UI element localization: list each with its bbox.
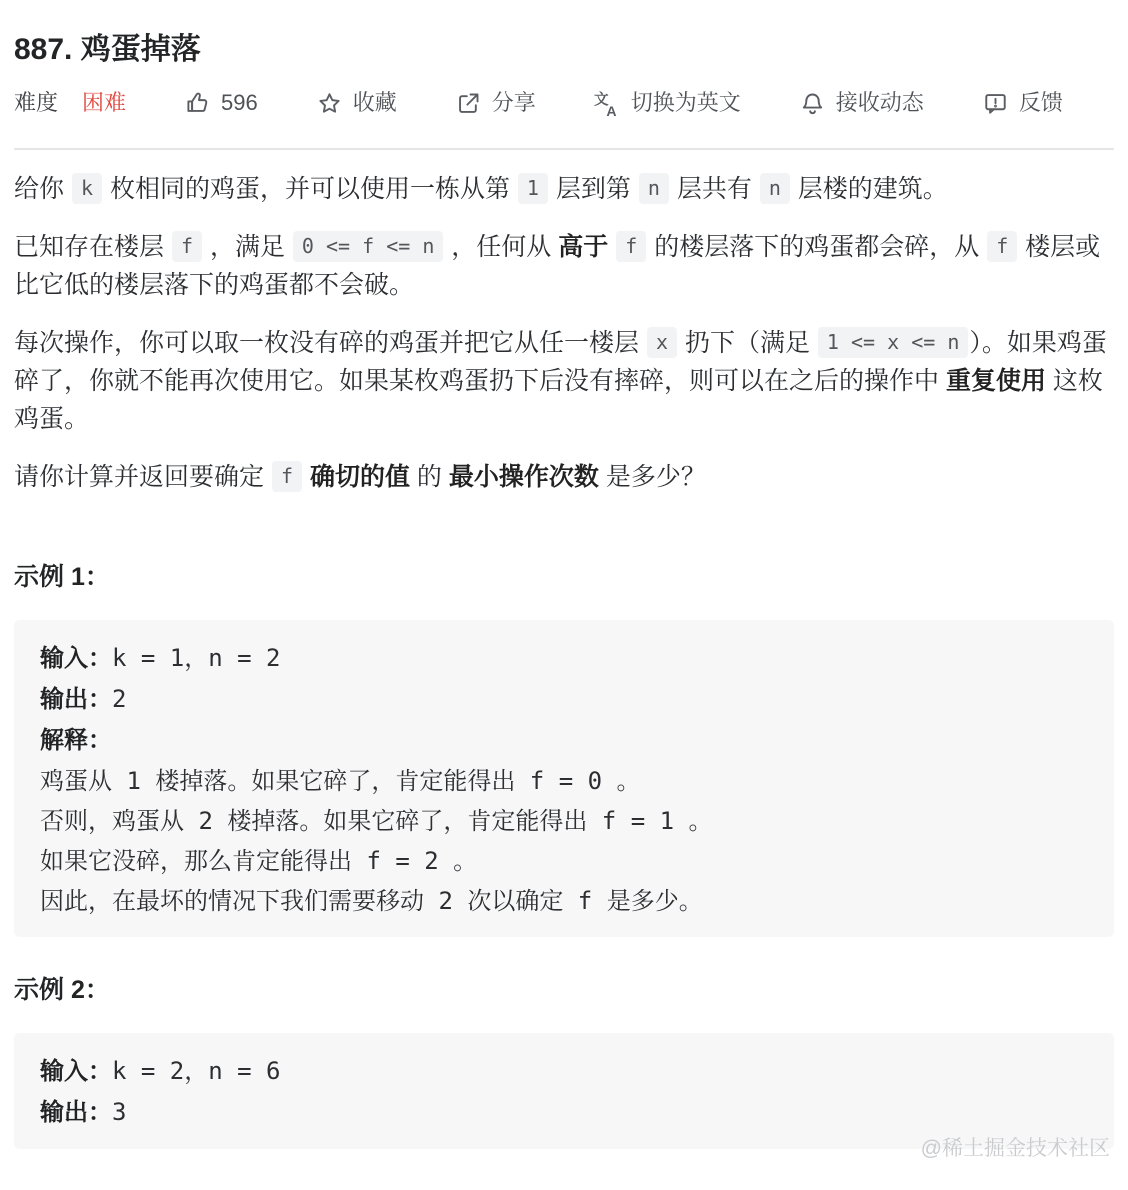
text-segment: 层到第 (549, 175, 638, 203)
example-2-heading: 示例 2： (14, 971, 1114, 1009)
io-line: 如果它没碎，那么肯定能得出 f = 2 。 (40, 841, 1088, 881)
text-segment: 请你计算并返回要确定 (14, 463, 271, 491)
paragraph-2: 已知存在楼层 f ，满足 0 <= f <= n ，任何从 高于 f 的楼层落下… (14, 228, 1114, 304)
text-segment: 层共有 (670, 175, 759, 203)
inline-code: x (647, 327, 677, 358)
star-icon (316, 90, 343, 117)
paragraph-4: 请你计算并返回要确定 f 确切的值 的 最小操作次数 是多少？ (14, 458, 1114, 496)
difficulty-badge[interactable]: 困难 (82, 88, 126, 118)
inline-code: 0 <= f <= n (293, 231, 443, 262)
io-value: 鸡蛋从 1 楼掉落。如果它碎了，肯定能得出 f = 0 。 (40, 767, 641, 795)
problem-page: 887. 鸡蛋掉落 难度 困难 596 收藏 (0, 30, 1128, 1149)
io-line: 鸡蛋从 1 楼掉落。如果它碎了，肯定能得出 f = 0 。 (40, 761, 1088, 801)
io-label: 输出： (40, 686, 112, 713)
io-line: 输出：3 (40, 1092, 1088, 1133)
text-segment: 的楼层落下的鸡蛋都会碎，从 (647, 233, 986, 261)
io-value: 3 (112, 1098, 126, 1126)
inline-code: 1 <= x <= n (818, 327, 968, 358)
example-1-block: 输入：k = 1，n = 2输出：2解释：鸡蛋从 1 楼掉落。如果它碎了，肯定能… (14, 620, 1114, 937)
translate-icon: 文 A (594, 90, 621, 117)
io-label: 解释： (40, 727, 112, 754)
thumbs-up-icon (184, 90, 211, 117)
subscribe-button[interactable]: 接收动态 (799, 88, 924, 118)
translate-button[interactable]: 文 A 切换为英文 (594, 88, 741, 118)
feedback-label: 反馈 (1019, 88, 1063, 118)
text-segment (303, 463, 310, 491)
bold-text: 重复使用 (946, 367, 1046, 395)
io-line: 因此，在最坏的情况下我们需要移动 2 次以确定 f 是多少。 (40, 881, 1088, 921)
io-label: 输出： (40, 1099, 112, 1126)
bold-text: 确切的值 (310, 463, 410, 491)
inline-code: f (987, 231, 1017, 262)
inline-code: 1 (518, 173, 548, 204)
text-segment: 扔下（满足 (678, 329, 817, 357)
inline-code: n (760, 173, 790, 204)
bold-text: 最小操作次数 (449, 463, 599, 491)
difficulty-label: 难度 (14, 88, 58, 118)
share-button[interactable]: 分享 (455, 88, 536, 118)
subscribe-label: 接收动态 (836, 88, 924, 118)
inline-code: n (639, 173, 669, 204)
io-line: 输出：2 (40, 679, 1088, 720)
text-segment: 是多少？ (599, 463, 706, 491)
problem-description: 给你 k 枚相同的鸡蛋，并可以使用一栋从第 1 层到第 n 层共有 n 层楼的建… (14, 170, 1114, 496)
difficulty-group: 难度 困难 (14, 88, 126, 118)
translate-label: 切换为英文 (631, 88, 741, 118)
io-line: 输入：k = 1，n = 2 (40, 638, 1088, 679)
text-segment: 已知存在楼层 (14, 233, 171, 261)
toolbar: 难度 困难 596 收藏 (14, 88, 1114, 118)
paragraph-1: 给你 k 枚相同的鸡蛋，并可以使用一栋从第 1 层到第 n 层共有 n 层楼的建… (14, 170, 1114, 208)
text-segment: ，满足 (203, 233, 292, 261)
inline-code: f (172, 231, 202, 262)
io-line: 解释： (40, 720, 1088, 761)
share-label: 分享 (492, 88, 536, 118)
favorite-button[interactable]: 收藏 (316, 88, 397, 118)
io-value: k = 1，n = 2 (112, 644, 281, 672)
like-button[interactable]: 596 (184, 88, 258, 118)
bold-text: 高于 (558, 233, 608, 261)
io-value: 如果它没碎，那么肯定能得出 f = 2 。 (40, 847, 477, 875)
svg-text:A: A (606, 102, 616, 116)
text-segment: 的 (410, 463, 449, 491)
like-count: 596 (221, 88, 258, 118)
divider (14, 148, 1114, 150)
text-segment: 给你 (14, 175, 71, 203)
text-segment: 每次操作，你可以取一枚没有碎的鸡蛋并把它从任一楼层 (14, 329, 646, 357)
io-value: 2 (112, 685, 126, 713)
feedback-button[interactable]: 反馈 (982, 88, 1063, 118)
paragraph-3: 每次操作，你可以取一枚没有碎的鸡蛋并把它从任一楼层 x 扔下（满足 1 <= x… (14, 324, 1114, 438)
io-value: 因此，在最坏的情况下我们需要移动 2 次以确定 f 是多少。 (40, 887, 703, 915)
bell-icon (799, 90, 826, 117)
io-line: 输入：k = 2，n = 6 (40, 1051, 1088, 1092)
share-icon (455, 90, 482, 117)
io-value: k = 2，n = 6 (112, 1057, 281, 1085)
io-line: 否则，鸡蛋从 2 楼掉落。如果它碎了，肯定能得出 f = 1 。 (40, 801, 1088, 841)
page-title: 887. 鸡蛋掉落 (14, 30, 1114, 70)
text-segment: ，任何从 (444, 233, 558, 261)
text-segment: 层楼的建筑。 (791, 175, 948, 203)
inline-code: k (72, 173, 102, 204)
io-label: 输入： (40, 1058, 112, 1085)
feedback-icon (982, 90, 1009, 117)
example-2-block: 输入：k = 2，n = 6输出：3 (14, 1033, 1114, 1149)
favorite-label: 收藏 (353, 88, 397, 118)
io-value: 否则，鸡蛋从 2 楼掉落。如果它碎了，肯定能得出 f = 1 。 (40, 807, 713, 835)
text-segment: 枚相同的鸡蛋，并可以使用一栋从第 (103, 175, 517, 203)
inline-code: f (272, 461, 302, 492)
inline-code: f (616, 231, 646, 262)
io-label: 输入： (40, 645, 112, 672)
text-segment (608, 233, 615, 261)
example-1-heading: 示例 1： (14, 558, 1114, 596)
